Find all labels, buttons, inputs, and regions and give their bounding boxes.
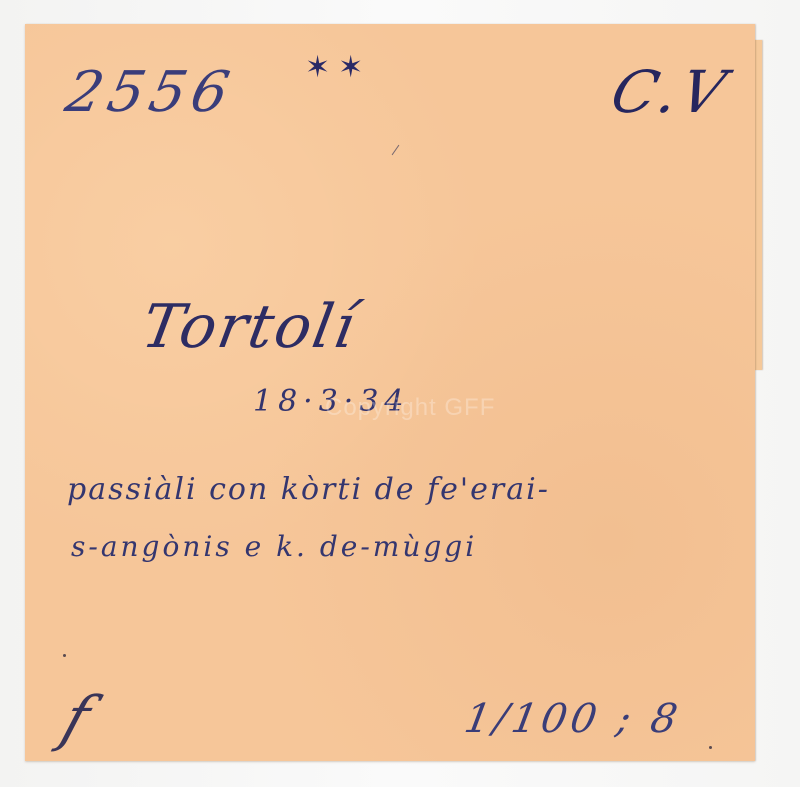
- transcription-line-1: passiàli con kòrti de fe'erai-: [67, 472, 550, 507]
- pen-mark: [392, 145, 400, 155]
- transcription-line-2: s-angònis e k. de-mùggi: [71, 530, 477, 563]
- scan-background: 2556 ✶✶ C.V Tortolí 18·3·34 Copyright GF…: [0, 0, 800, 787]
- catalog-number: 2556: [60, 60, 240, 125]
- star-marks-icon: ✶✶: [305, 50, 371, 85]
- corner-code: C.V: [605, 58, 737, 126]
- ink-speck: [709, 746, 712, 749]
- place-name: Tortolí: [137, 292, 362, 362]
- initial-mark: f: [54, 684, 100, 754]
- index-card: 2556 ✶✶ C.V Tortolí 18·3·34 Copyright GF…: [25, 24, 755, 761]
- reference-fraction: 1/100 ; 8: [461, 696, 685, 742]
- ink-speck: [63, 654, 66, 657]
- ink-speck: [577, 714, 579, 716]
- copyright-watermark: Copyright GFF: [325, 394, 495, 422]
